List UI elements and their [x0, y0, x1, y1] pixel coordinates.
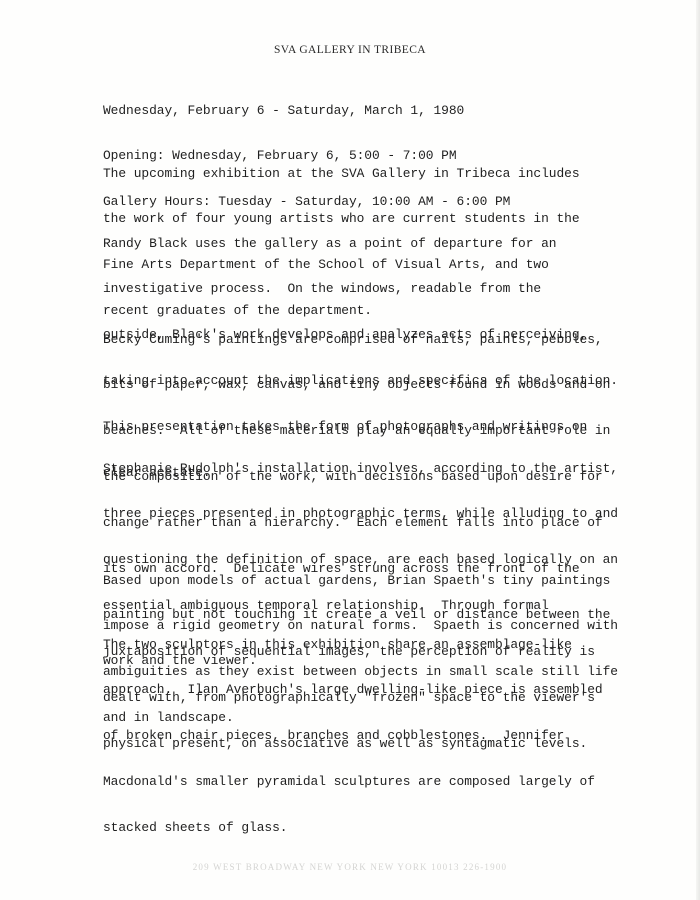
document-page: SVA GALLERY IN TRIBECA Wednesday, Februa… — [0, 0, 700, 900]
text-line: The upcoming exhibition at the SVA Galle… — [103, 166, 580, 181]
text-line: approach. Ilan Averbuch's large dwelling… — [103, 682, 603, 697]
exhibition-dates-line: Wednesday, February 6 - Saturday, March … — [103, 103, 510, 118]
letterhead-footer-address: 209 WEST BROADWAY NEW YORK NEW YORK 1001… — [0, 862, 700, 872]
text-line: Becky Cuming's paintings are comprised o… — [103, 332, 610, 347]
text-line: three pieces presented in photographic t… — [103, 506, 618, 521]
text-line: The two sculptors in this exhibition sha… — [103, 637, 603, 652]
text-line: Randy Black uses the gallery as a point … — [103, 236, 618, 251]
letterhead-title: SVA GALLERY IN TRIBECA — [0, 44, 700, 56]
text-line: investigative process. On the windows, r… — [103, 281, 618, 296]
text-line: stacked sheets of glass. — [103, 820, 603, 835]
text-line: Based upon models of actual gardens, Bri… — [103, 573, 618, 588]
text-line: Stephanie Rudolph's installation involve… — [103, 461, 618, 476]
page-edge-shadow — [696, 0, 700, 900]
text-line: bits of paper, wax, canvas, and tiny obj… — [103, 377, 610, 392]
text-line: Macdonald's smaller pyramidal sculptures… — [103, 774, 603, 789]
text-line: of broken chair pieces, branches and cob… — [103, 728, 603, 743]
paragraph-sculptors: The two sculptors in this exhibition sha… — [103, 606, 603, 866]
